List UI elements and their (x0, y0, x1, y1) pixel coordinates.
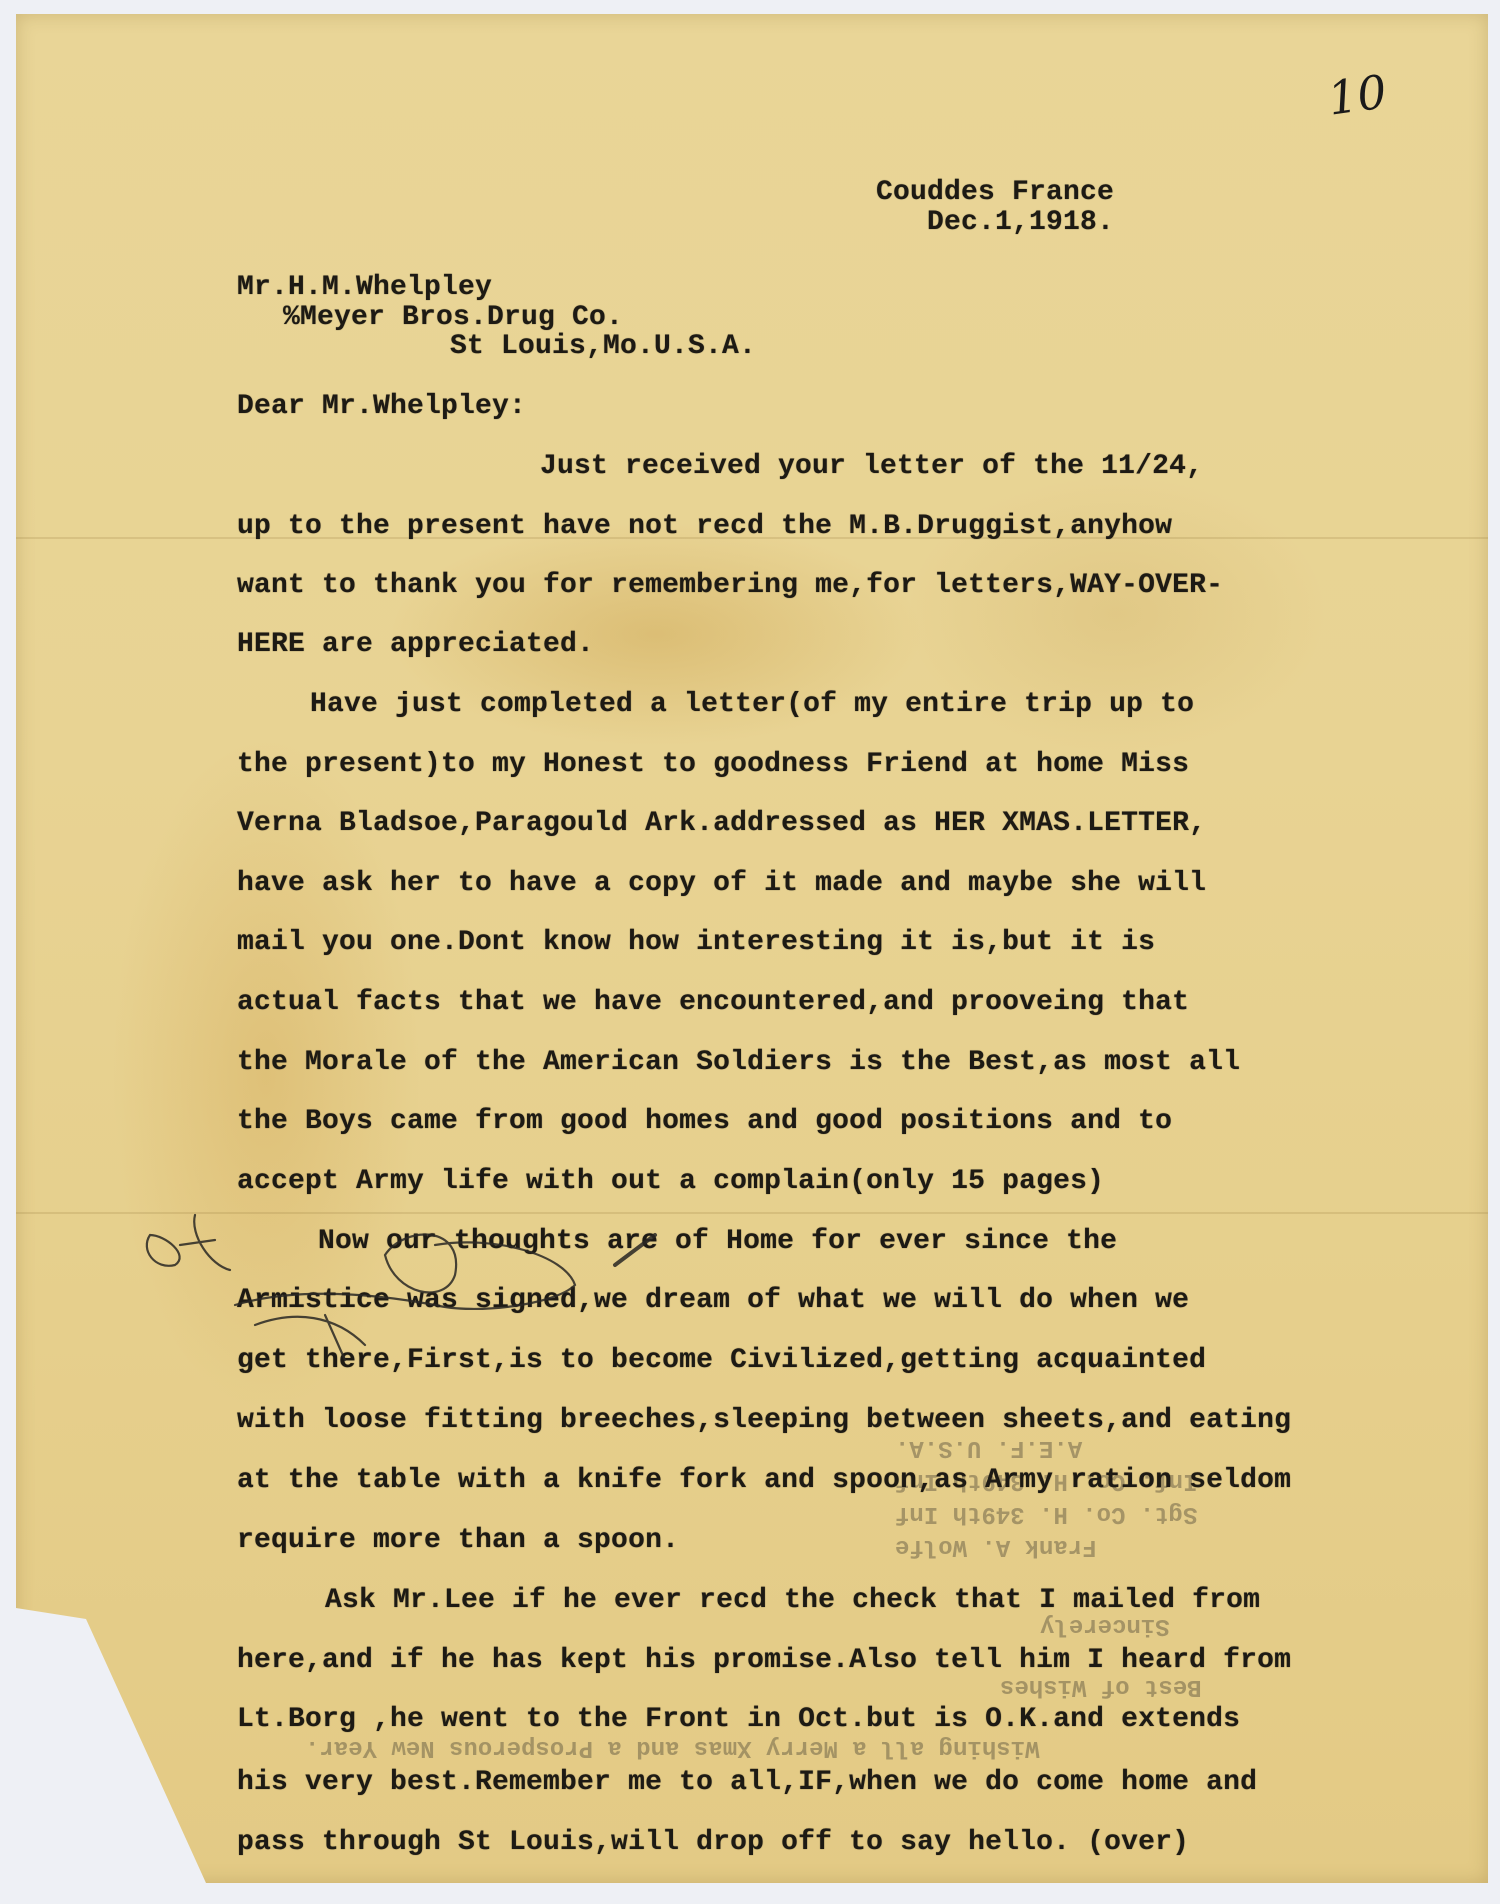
body-line: accept Army life with out a complain(onl… (237, 1167, 1104, 1197)
recipient-care-of: %Meyer Bros.Drug Co. (283, 303, 623, 333)
body-line: the Morale of the American Soldiers is t… (237, 1048, 1240, 1078)
bleed-through-text: Sincerely (1040, 1612, 1170, 1639)
body-line: the present)to my Honest to goodness Fri… (237, 750, 1189, 780)
body-line: up to the present have not recd the M.B.… (237, 512, 1172, 542)
body-line: want to thank you for remembering me,for… (237, 571, 1223, 601)
body-line: require more than a spoon. (237, 1526, 679, 1556)
body-line: Ask Mr.Lee if he ever recd the check tha… (325, 1586, 1260, 1616)
bleed-through-text: Wishing all a Merry Xmas and a Prosperou… (305, 1734, 1040, 1761)
body-line: Armistice was signed,we dream of what we… (237, 1286, 1189, 1316)
body-line: at the table with a knife fork and spoon… (237, 1466, 1291, 1496)
bleed-through-text: A.E.F. U.S.A. (895, 1434, 1082, 1461)
body-line: Now our thoughts are of Home for ever si… (318, 1227, 1117, 1257)
body-line: Verna Bladsoe,Paragould Ark.addressed as… (237, 809, 1206, 839)
page-number-handwritten: 10 (1325, 64, 1390, 126)
body-line: actual facts that we have encountered,an… (237, 988, 1189, 1018)
body-line: Just received your letter of the 11/24, (540, 452, 1203, 482)
body-line: here,and if he has kept his promise.Also… (237, 1646, 1291, 1676)
body-line: the Boys came from good homes and good p… (237, 1107, 1172, 1137)
body-line: HERE are appreciated. (237, 630, 594, 660)
body-line: Lt.Borg ,he went to the Front in Oct.but… (237, 1705, 1240, 1735)
body-line: Have just completed a letter(of my entir… (310, 690, 1194, 720)
body-line: have ask her to have a copy of it made a… (237, 869, 1206, 899)
recipient-name: Mr.H.M.Whelpley (237, 273, 492, 303)
salutation: Dear Mr.Whelpley: (237, 392, 526, 422)
bleed-through-text: Sgt. Co. H. 349th Inf (895, 1500, 1197, 1527)
bleed-through-text: Frank A. Wolfe (895, 1533, 1097, 1560)
body-line: pass through St Louis,will drop off to s… (237, 1828, 1189, 1858)
body-line: his very best.Remember me to all,IF,when… (237, 1768, 1257, 1798)
recipient-city: St Louis,Mo.U.S.A. (450, 332, 756, 362)
bleed-through-text: Best of Wishes (1000, 1673, 1202, 1700)
fold-crease (16, 1212, 1488, 1214)
body-line: with loose fitting breeches,sleeping bet… (237, 1406, 1291, 1436)
body-line: get there,First,is to become Civilized,g… (237, 1346, 1206, 1376)
letter-date: Dec.1,1918. (927, 208, 1114, 238)
body-line: mail you one.Dont know how interesting i… (237, 928, 1155, 958)
letter-place: Couddes France (876, 178, 1114, 208)
